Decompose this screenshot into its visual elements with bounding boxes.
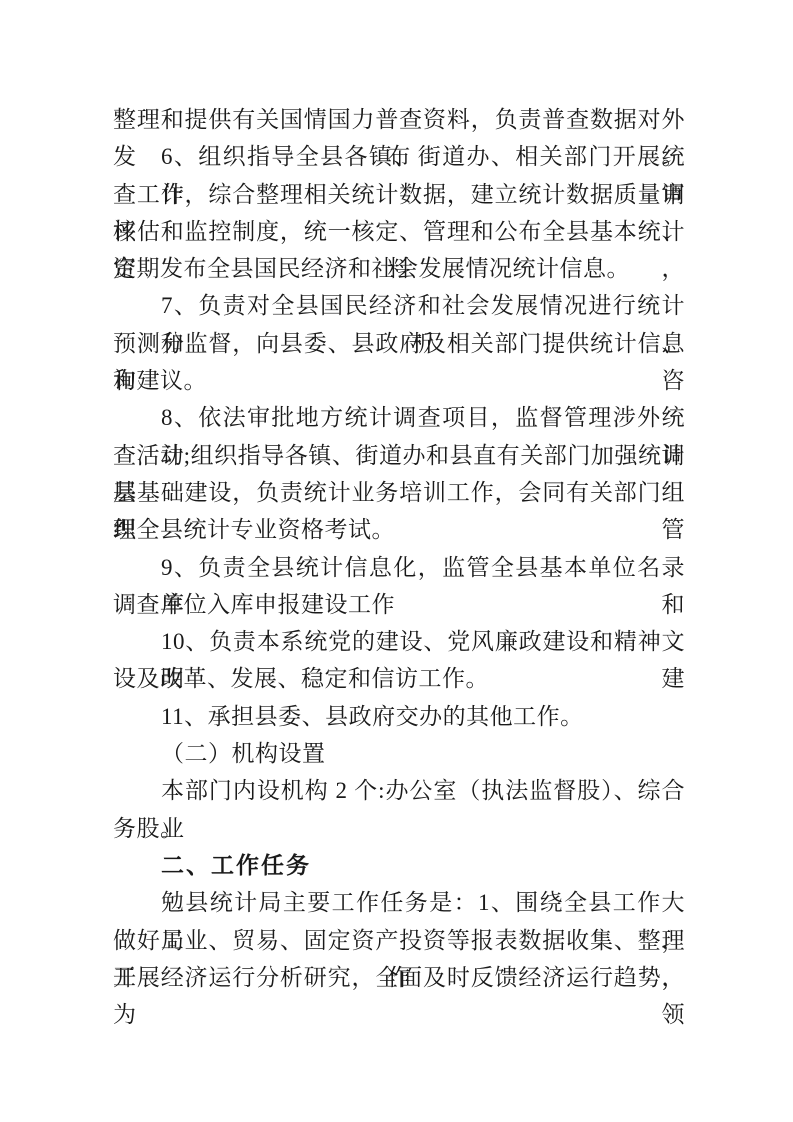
document-page: 整理和提供有关国情国力普查资料，负责普查数据对外发布。 6、组织指导全县各镇、街… <box>0 0 793 1122</box>
text-line: 层基础建设，负责统计业务培训工作，会同有关部门组织管 <box>113 474 685 511</box>
text-line: 整理和提供有关国情国力普查资料，负责普查数据对外发布。 <box>113 101 685 138</box>
text-line: 评估和监控制度，统一核定、管理和公布全县基本统计资料， <box>113 213 685 250</box>
document-body: 整理和提供有关国情国力普查资料，负责普查数据对外发布。 6、组织指导全县各镇、街… <box>113 101 685 996</box>
text-line: 查活动;组织指导各镇、街道办和县直有关部门加强统计基 <box>113 437 685 474</box>
text-line: 勉县统计局主要工作任务是：1、围绕全县工作大局， <box>113 884 685 921</box>
text-line: 10、负责本系统党的建设、党风廉政建设和精神文明建 <box>113 623 685 660</box>
text-line: 6、组织指导全县各镇、街道办、相关部门开展统计调 <box>113 138 685 175</box>
text-line: 7、负责对全县国民经济和社会发展情况进行统计分析、 <box>113 287 685 324</box>
text-line: 务股。 <box>113 810 685 847</box>
text-line: 做好工业、贸易、固定资产投资等报表数据收集、整理工作， <box>113 922 685 959</box>
text-line: 定期发布全县国民经济和社会发展情况统计信息。 <box>113 250 685 287</box>
section-heading-work-tasks: 二、工作任务 <box>113 847 685 884</box>
text-line: 11、承担县委、县政府交办的其他工作。 <box>113 698 685 735</box>
text-line: 8、依法审批地方统计调查项目，监督管理涉外统计调 <box>113 399 685 436</box>
text-line: 开展经济运行分析研究，全面及时反馈经济运行趋势，为领 <box>113 959 685 996</box>
text-line: 查工作，综合整理相关统计数据，建立统计数据质量审核、 <box>113 176 685 213</box>
text-line: 本部门内设机构 2 个:办公室（执法监督股）、综合业 <box>113 772 685 809</box>
subsection-heading-organization: （二）机构设置 <box>113 735 685 772</box>
text-line: 9、负责全县统计信息化，监管全县基本单位名录库和 <box>113 549 685 586</box>
text-line: 预测和监督，向县委、县政府及相关部门提供统计信息和咨 <box>113 325 685 362</box>
